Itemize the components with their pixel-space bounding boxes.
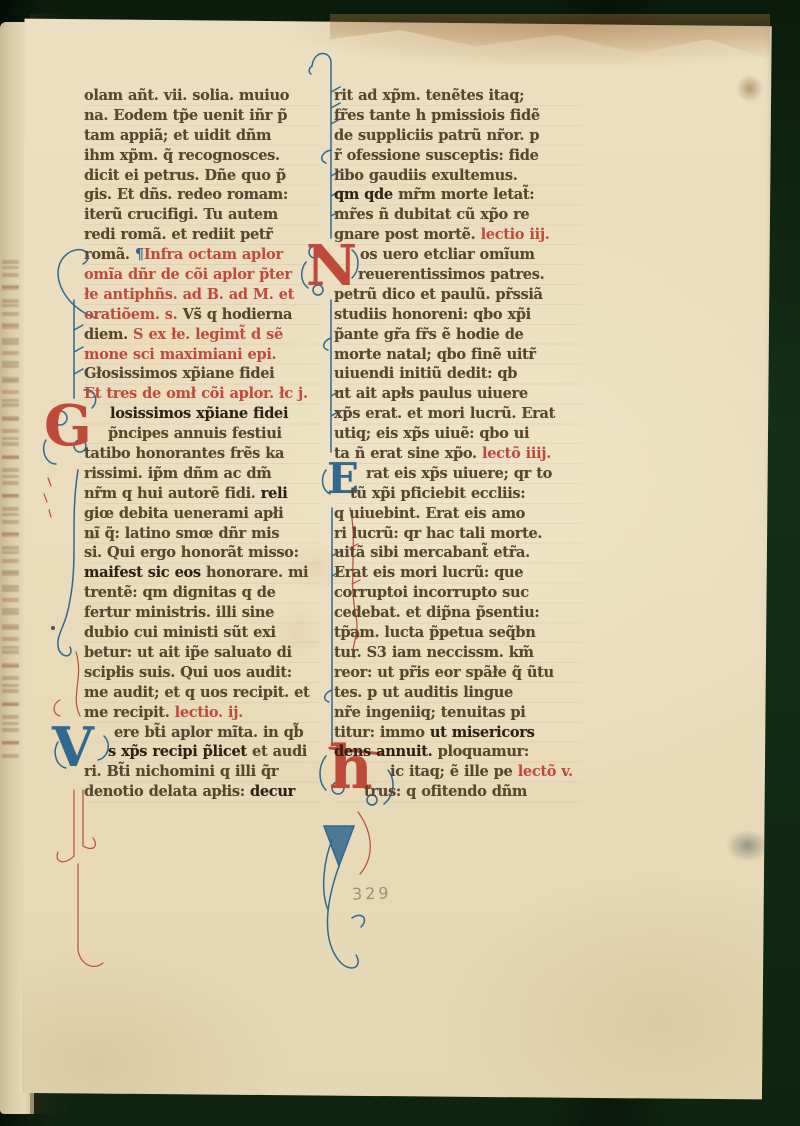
manuscript-text-line: qm qde mr̃m morte letat̃:: [334, 185, 582, 205]
body-text: corruptoi incorrupto suc: [334, 584, 529, 601]
manuscript-text-line: os uero etcliar omĩum: [334, 245, 582, 265]
manuscript-text-line: tur. S3 iam neccissm. km̃: [334, 643, 582, 663]
body-text: si. Qui ergo honorãt misso:: [84, 544, 299, 561]
manuscript-text-line: Głosissimos xp̃iane fidei: [84, 364, 320, 384]
body-text: dubio cui ministi sũt exi: [84, 624, 276, 641]
body-text: p̃ante gr̃a fr̃s ẽ hodie de: [334, 326, 523, 343]
body-text: ta ñ erat sine xp̃o.: [334, 445, 482, 462]
manuscript-text-line: tatibo honorantes frẽs ka: [84, 444, 320, 464]
manuscript-text-line: gis. Et dñs. redeo romam:: [84, 185, 320, 205]
body-text: mr̃m morte letat̃:: [398, 186, 534, 203]
body-text: tam appiã; et uidit dñm: [84, 127, 271, 144]
manuscript-text-line: łe antiphñs. ad B. ad M. et: [84, 285, 320, 305]
manuscript-text-line: tes. p ut auditis lingue: [334, 683, 582, 703]
manuscript-text-line: dubio cui ministi sũt exi: [84, 623, 320, 643]
manuscript-text-line: Et tres de omł cõi aplor. łc j.: [84, 384, 320, 404]
rubric-text: S ex łe. legimt̃ d sẽ: [133, 326, 283, 343]
ink-speck: [51, 626, 55, 630]
body-text: nr̃e ingeniiq; tenuitas pi: [334, 704, 525, 721]
manuscript-text-line: reor: ut pr̃is eor spãłe q̃ ũtu: [334, 663, 582, 683]
body-text: olam añt. vii. solia. muiuo: [84, 87, 289, 104]
body-text: romã.: [84, 246, 135, 263]
body-text: dens annuit.: [334, 743, 438, 760]
body-text: rit ad xp̃m. tenẽtes itaq;: [334, 87, 524, 104]
body-text: decur: [250, 783, 295, 800]
rubric-text: lectio iij.: [481, 226, 550, 243]
manuscript-text-line: tam appiã; et uidit dñm: [84, 126, 320, 146]
body-text: na. Eodem tp̃e uenit iñr p̃: [84, 107, 287, 124]
manuscript-text-line: r̃ ofessione susceptis: fide: [334, 146, 582, 166]
body-text: losissimos xp̃iane fidei: [110, 405, 288, 422]
body-text: Erat eis mori lucrũ: que: [334, 564, 523, 581]
manuscript-text-line: nĩ q̃: latino smœ dñr mis: [84, 524, 320, 544]
body-text: scipłis suis. Qui uos audit:: [84, 664, 292, 681]
manuscript-text-line: dicit ei petrus. Dñe quo p̃: [84, 166, 320, 186]
manuscript-text-line: de suppliciis patrũ nr̃or. p: [334, 126, 582, 146]
text-column-left: olam añt. vii. solia. muiuona. Eodem tp̃…: [84, 86, 320, 812]
body-text: nĩ q̃: latino smœ dñr mis: [84, 525, 279, 542]
body-text: tur. S3 iam neccissm. km̃: [334, 644, 534, 661]
manuscript-text-line: scipłis suis. Qui uos audit:: [84, 663, 320, 683]
manuscript-text-line: morte natal; qbo finẽ uitr̃: [334, 345, 582, 365]
body-text: dicit ei petrus. Dñe quo p̃: [84, 167, 286, 184]
body-text: honorare. mi: [206, 564, 308, 581]
manuscript-text-line: trentẽ: qm dignitas q de: [84, 583, 320, 603]
body-text: xp̃s erat. et mori lucrũ. Erat: [334, 405, 555, 422]
body-text: betur: ut ait ip̃e saluato di: [84, 644, 292, 661]
manuscript-text-line: denotio delata apłis: decur: [84, 782, 320, 802]
body-text: Głosissimos xp̃iane fidei: [84, 365, 274, 382]
rubric-text: mone sci maximiani epi.: [84, 346, 276, 363]
body-text: utiq; eis xp̃s uiuẽ: qbo ui: [334, 425, 529, 442]
body-text: petrũ dico et paulũ. pr̃ssiã: [334, 286, 543, 303]
rubric-text: lectio. ij.: [175, 704, 243, 721]
manuscript-text-line: losissimos xp̃iane fidei: [84, 404, 320, 424]
body-text: ri lucrũ: qr hac tali morte.: [334, 525, 542, 542]
manuscript-text-line: si. Qui ergo honorãt misso:: [84, 543, 320, 563]
manuscript-text-line: redi romã. et rediit petr̃: [84, 225, 320, 245]
body-text: trentẽ: qm dignitas q de: [84, 584, 276, 601]
rubric-text: lectõ iiij.: [482, 445, 551, 462]
manuscript-text-line: ri lucrũ: qr hac tali morte.: [334, 524, 582, 544]
manuscript-text-line: oratiõem. s. Vs̃ q hodierna: [84, 305, 320, 325]
manuscript-text-line: p̃ante gr̃a fr̃s ẽ hodie de: [334, 325, 582, 345]
body-text: ploquamur:: [438, 743, 529, 760]
manuscript-text-line: na. Eodem tp̃e uenit iñr p̃: [84, 106, 320, 126]
text-column-right: rit ad xp̃m. tenẽtes itaq;fr̃es tante h …: [334, 86, 582, 812]
body-text: rissimi. ip̃m dñm ac dm̃: [84, 465, 271, 482]
manuscript-text-line: nr̃e ingeniiq; tenuitas pi: [334, 703, 582, 723]
manuscript-text-line: uitã sibi mercabant̃ etr̃a.: [334, 543, 582, 563]
manuscript-text-line: ri. Bt̃i nichomini q illi q̃r: [84, 762, 320, 782]
manuscript-text-line: libo gaudiis exultemus.: [334, 166, 582, 186]
body-text: denotio delata apłis:: [84, 783, 250, 800]
manuscript-text-line: studiis honoreni: qbo xp̃i: [334, 305, 582, 325]
body-text: os uero etcliar omĩum: [360, 246, 535, 263]
manuscript-text-line: ic itaq; ẽ ille pe lectõ v.: [334, 762, 582, 782]
body-text: tatibo honorantes frẽs ka: [84, 445, 284, 462]
body-text: fr̃es tante h pmissiois fidẽ: [334, 107, 540, 124]
body-text: ut misericors: [430, 724, 535, 741]
body-text: s xp̃s recipi p̃licet: [108, 743, 252, 760]
rubric-text: Infra octam aplor: [144, 246, 283, 263]
body-text: me recipit.: [84, 704, 175, 721]
manuscript-text-line: ihm xp̃m. q̃ recognosces.: [84, 146, 320, 166]
body-text: tũ xp̃i pficiebit eccliis:: [350, 485, 525, 502]
manuscript-text-line: fertur ministris. illi sine: [84, 603, 320, 623]
body-text: trus: q ofitendo dñm: [364, 783, 527, 800]
manuscript-text-line: giœ debita uenerami apłi: [84, 504, 320, 524]
manuscript-text-line: diem. S ex łe. legimt̃ d sẽ: [84, 325, 320, 345]
manuscript-text-line: utiq; eis xp̃s uiuẽ: qbo ui: [334, 424, 582, 444]
manuscript-text-line: ta ñ erat sine xp̃o. lectõ iiij.: [334, 444, 582, 464]
manuscript-text-line: cedebat. et dip̃na p̃sentiu:: [334, 603, 582, 623]
body-text: rat eis xp̃s uiuere; qr to: [366, 465, 552, 482]
body-text: Vs̃ q hodierna: [183, 306, 293, 323]
body-text: titur: immo: [334, 724, 430, 741]
manuscript-text-line: maifest sic eos honorare. mi: [84, 563, 320, 583]
body-text: libo gaudiis exultemus.: [334, 167, 517, 184]
manuscript-text-line: titur: immo ut misericors: [334, 723, 582, 743]
manuscript-text-line: rat eis xp̃s uiuere; qr to: [334, 464, 582, 484]
body-text: ¶: [135, 246, 144, 263]
body-text: diem.: [84, 326, 133, 343]
manuscript-text-line: nr̃m q hui autorẽ fidi. reli: [84, 484, 320, 504]
rubric-text: łe antiphñs. ad B. ad M. et: [84, 286, 294, 303]
body-text: uiuendi initiũ dedit: qb: [334, 365, 517, 382]
body-text: reor: ut pr̃is eor spãłe q̃ ũtu: [334, 664, 554, 681]
body-text: et audi: [252, 743, 307, 760]
manuscript-text-line: uiuendi initiũ dedit: qb: [334, 364, 582, 384]
manuscript-text-line: reuerentissimos patres.: [334, 265, 582, 285]
body-text: nr̃m q hui autorẽ fidi.: [84, 485, 261, 502]
rubric-text: oratiõem. s.: [84, 306, 183, 323]
body-text: fertur ministris. illi sine: [84, 604, 274, 621]
manuscript-text-line: petrũ dico et paulũ. pr̃ssiã: [334, 285, 582, 305]
body-text: reli: [261, 485, 288, 502]
body-text: morte natal; qbo finẽ uitr̃: [334, 346, 536, 363]
body-text: giœ debita uenerami apłi: [84, 505, 283, 522]
manuscript-text-line: olam añt. vii. solia. muiuo: [84, 86, 320, 106]
manuscript-text-line: fr̃es tante h pmissiois fidẽ: [334, 106, 582, 126]
body-text: studiis honoreni: qbo xp̃i: [334, 306, 531, 323]
body-text: iterũ crucifigi. Tu autem: [84, 206, 278, 223]
manuscript-text-line: xp̃s erat. et mori lucrũ. Erat: [334, 404, 582, 424]
manuscript-text-line: betur: ut ait ip̃e saluato di: [84, 643, 320, 663]
manuscript-text-line: s xp̃s recipi p̃licet et audi: [84, 742, 320, 762]
manuscript-text-line: mr̃es ñ dubitat cũ xp̃o re: [334, 205, 582, 225]
body-text: ere bt̃i aplor mĩta. in qb̃: [114, 724, 303, 741]
manuscript-text-line: corruptoi incorrupto suc: [334, 583, 582, 603]
body-text: gis. Et dñs. redeo romam:: [84, 186, 288, 203]
body-text: me audit; et q uos recipit. et: [84, 684, 309, 701]
manuscript-text-line: me recipit. lectio. ij.: [84, 703, 320, 723]
rubric-text: omĩa dñr de cõi aplor p̃ter: [84, 266, 292, 283]
rubric-text: Et tres de omł cõi aplor. łc j.: [84, 385, 308, 402]
manuscript-text-line: iterũ crucifigi. Tu autem: [84, 205, 320, 225]
body-text: q uiuebint. Erat eis amo: [334, 505, 525, 522]
manuscript-text-line: rit ad xp̃m. tenẽtes itaq;: [334, 86, 582, 106]
body-text: maifest sic eos: [84, 564, 206, 581]
manuscript-text-line: rissimi. ip̃m dñm ac dm̃: [84, 464, 320, 484]
photograph-background: G V N E h olam añt. vii. solia. muiuona.…: [0, 0, 800, 1126]
manuscript-text-line: me audit; et q uos recipit. et: [84, 683, 320, 703]
body-text: gnare post mortẽ.: [334, 226, 481, 243]
body-text: qm qde: [334, 186, 398, 203]
manuscript-text-line: q uiuebint. Erat eis amo: [334, 504, 582, 524]
body-text: mr̃es ñ dubitat cũ xp̃o re: [334, 206, 529, 223]
manuscript-text-line: ut ait apłs paulus uiuere: [334, 384, 582, 404]
body-text: cedebat. et dip̃na p̃sentiu:: [334, 604, 539, 621]
body-text: ut ait apłs paulus uiuere: [334, 385, 528, 402]
facing-page-ghost-text: [2, 260, 19, 760]
body-text: p̃ncipes annuis festiui: [108, 425, 282, 442]
manuscript-text-line: mone sci maximiani epi.: [84, 345, 320, 365]
manuscript-text-line: ere bt̃i aplor mĩta. in qb̃: [84, 723, 320, 743]
body-text: ihm xp̃m. q̃ recognosces.: [84, 147, 280, 164]
body-text: tp̃am. lucta p̃petua seq̃bn: [334, 624, 536, 641]
body-text: uitã sibi mercabant̃ etr̃a.: [334, 544, 530, 561]
manuscript-text-line: trus: q ofitendo dñm: [334, 782, 582, 802]
body-text: ic itaq; ẽ ille pe: [390, 763, 518, 780]
manuscript-text-line: gnare post mortẽ. lectio iij.: [334, 225, 582, 245]
body-text: ri. Bt̃i nichomini q illi q̃r: [84, 763, 278, 780]
body-text: r̃ ofessione susceptis: fide: [334, 147, 539, 164]
manuscript-text-line: tp̃am. lucta p̃petua seq̃bn: [334, 623, 582, 643]
body-text: redi romã. et rediit petr̃: [84, 226, 273, 243]
rubric-text: lectõ v.: [518, 763, 573, 780]
body-text: de suppliciis patrũ nr̃or. p: [334, 127, 539, 144]
manuscript-text-line: p̃ncipes annuis festiui: [84, 424, 320, 444]
manuscript-text-line: romã. ¶Infra octam aplor: [84, 245, 320, 265]
manuscript-text-line: Erat eis mori lucrũ: que: [334, 563, 582, 583]
body-text: tes. p ut auditis lingue: [334, 684, 513, 701]
manuscript-text-line: omĩa dñr de cõi aplor p̃ter: [84, 265, 320, 285]
folio-number: 329: [352, 883, 392, 903]
manuscript-text-line: tũ xp̃i pficiebit eccliis:: [334, 484, 582, 504]
manuscript-text-line: dens annuit. ploquamur:: [334, 742, 582, 762]
body-text: reuerentissimos patres.: [358, 266, 544, 283]
